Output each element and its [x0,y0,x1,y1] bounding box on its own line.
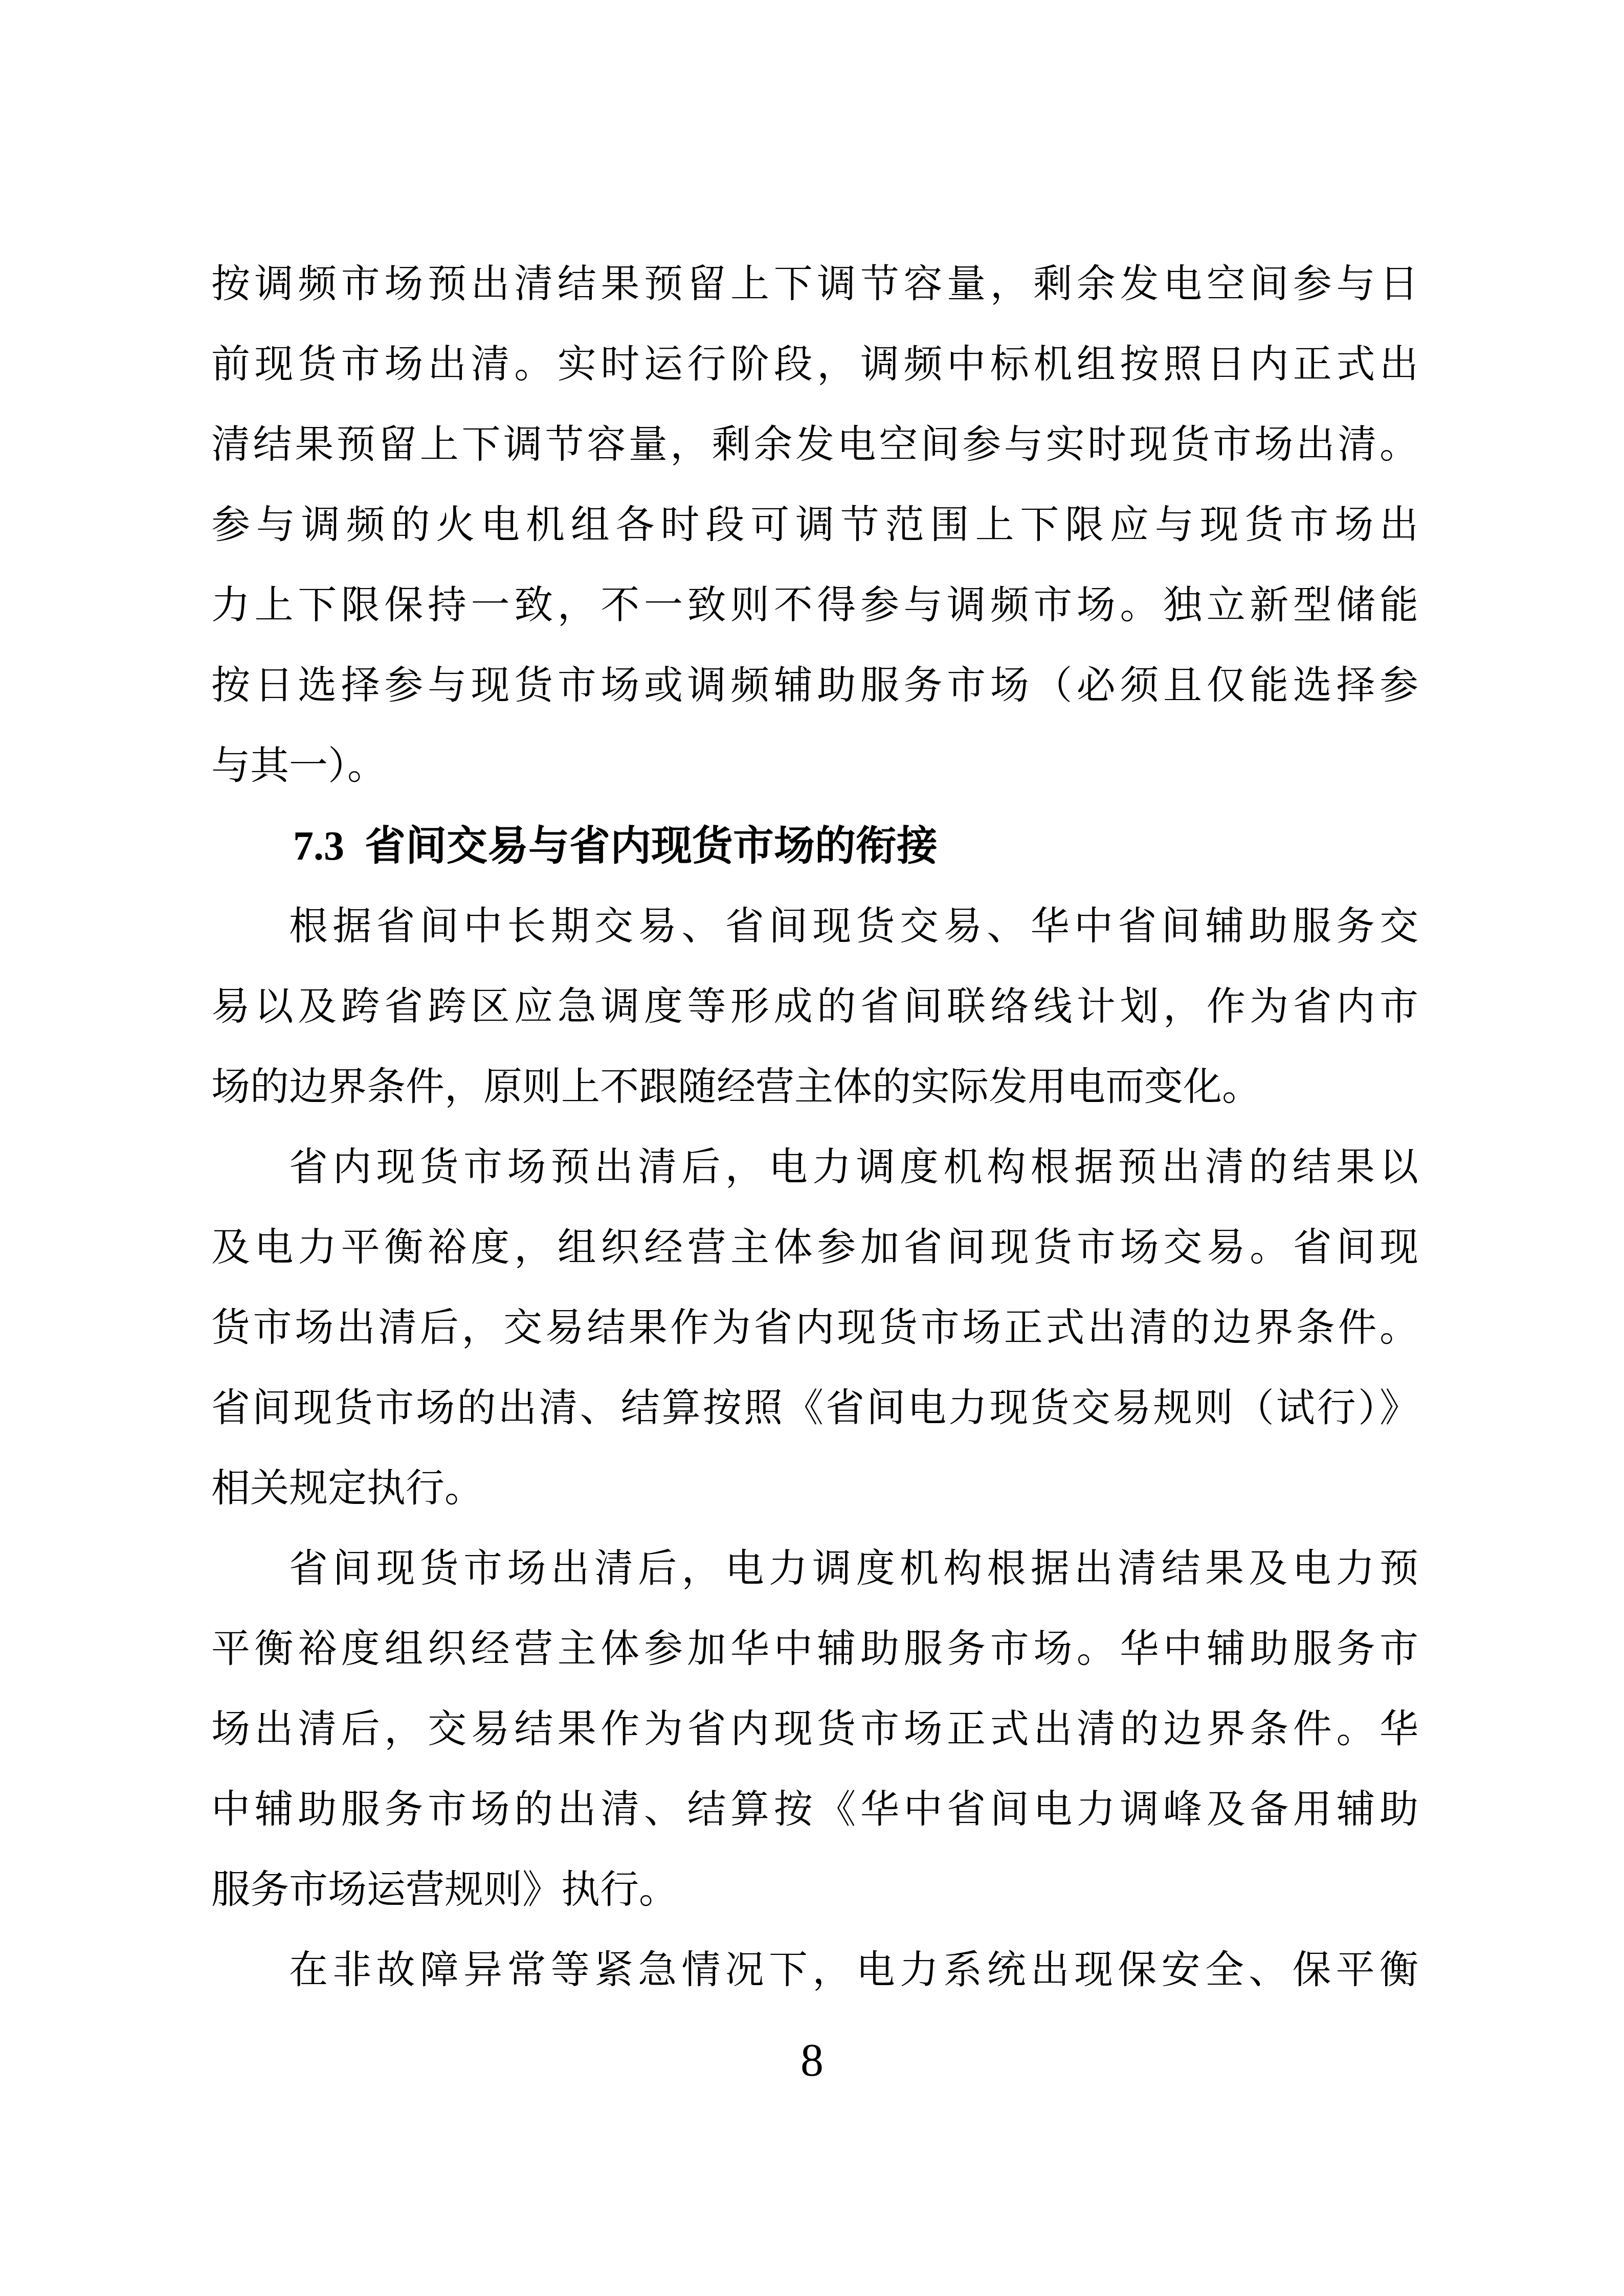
text-line: 货市场出清后，交易结果作为省内现货市场正式出清的边界条件。 [211,1288,1418,1368]
section-heading-title: 省间交易与省内现货市场的衔接 [365,824,938,869]
text-line: 省内现货市场预出清后，电力调度机构根据预出清的结果以 [211,1128,1418,1208]
text-line: 在非故障异常等紧急情况下，电力系统出现保安全、保平衡 [211,1930,1418,2011]
text-line: 前现货市场出清。实时运行阶段，调频中标机组按照日内正式出 [211,325,1418,405]
section-heading-number: 7.3 [293,824,344,869]
text-line: 相关规定执行。 [211,1449,1418,1529]
text-line: 服务市场运营规则》执行。 [211,1850,1418,1930]
text-line: 省间现货市场出清后，电力调度机构根据出清结果及电力预 [211,1529,1418,1609]
text-line: 场的边界条件，原则上不跟随经营主体的实际发用电而变化。 [211,1047,1418,1128]
text-line: 清结果预留上下调节容量，剩余发电空间参与实时现货市场出清。 [211,405,1418,485]
text-line: 及电力平衡裕度，组织经营主体参加省间现货市场交易。省间现 [211,1208,1418,1288]
text-line: 易以及跨省跨区应急调度等形成的省间联络线计划，作为省内市 [211,967,1418,1047]
page-number: 8 [0,2038,1624,2084]
text-line: 按日选择参与现货市场或调频辅助服务市场（必须且仅能选择参 [211,646,1418,726]
text-line: 平衡裕度组织经营主体参加华中辅助服务市场。华中辅助服务市 [211,1609,1418,1690]
text-line: 力上下限保持一致，不一致则不得参与调频市场。独立新型储能 [211,566,1418,646]
text-line: 参与调频的火电机组各时段可调节范围上下限应与现货市场出 [211,485,1418,566]
text-line: 根据省间中长期交易、省间现货交易、华中省间辅助服务交 [211,887,1418,967]
text-line: 与其一）。 [211,726,1418,806]
text-line: 按调频市场预出清结果预留上下调节容量，剩余发电空间参与日 [211,244,1418,325]
text-line: 中辅助服务市场的出清、结算按《华中省间电力调峰及备用辅助 [211,1770,1418,1850]
document-page: 按调频市场预出清结果预留上下调节容量，剩余发电空间参与日前现货市场出清。实时运行… [0,0,1624,2296]
document-body: 按调频市场预出清结果预留上下调节容量，剩余发电空间参与日前现货市场出清。实时运行… [211,244,1418,2011]
section-heading: 7.3省间交易与省内现货市场的衔接 [211,806,1418,887]
text-line: 场出清后，交易结果作为省内现货市场正式出清的边界条件。华 [211,1690,1418,1770]
text-line: 省间现货市场的出清、结算按照《省间电力现货交易规则（试行）》 [211,1368,1418,1449]
